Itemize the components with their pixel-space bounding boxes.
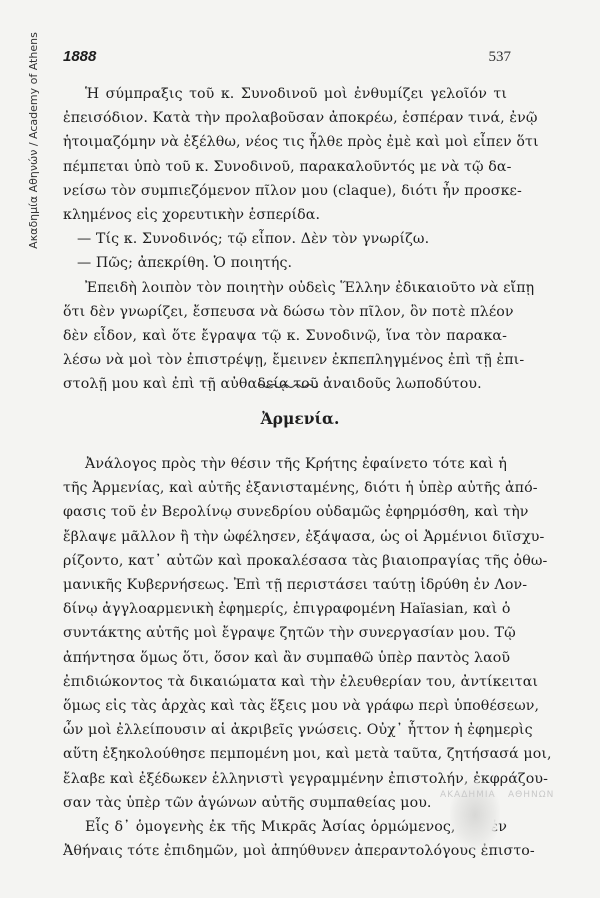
section-divider-ornament xyxy=(258,383,318,389)
text-line: ὅμως εἰς τὰς ἀρχὰς καὶ τὰς ἕξεις μου νὰ … xyxy=(63,694,507,718)
section-1-body: Ἡ σύμπραξις τοῦ κ. Συνοδινοῦ μοὶ ἐνθυμίζ… xyxy=(63,82,507,397)
archive-side-label: Ακαδημία Αθηνών / Academy of Athens xyxy=(22,20,44,260)
text-line: νείσω τὸν συμπιεζόμενον πῖλον μου (claqu… xyxy=(63,179,507,203)
text-line: κλημένος εἰς χορευτικὴν ἑσπερίδα. xyxy=(63,203,507,227)
header-year: 1888 xyxy=(63,48,96,65)
text-line: Ἀνάλογος πρὸς τὴν θέσιν τῆς Κρήτης ἐφαίν… xyxy=(63,452,507,476)
text-line: ἔβλαψε μᾶλλον ἢ τὴν ὠφέλησεν, ἐξάψασα, ὡ… xyxy=(63,525,507,549)
text-line: ἐπιδιώκοντος τὰ δικαιώματα καὶ τὴν ἐλευθ… xyxy=(63,670,507,694)
text-line: δίνῳ ἀγγλοαρμενικὴ ἐφημερίς, ἐπιγραφομέν… xyxy=(63,597,507,621)
text-line: αὕτη ἐξηκολούθησε πεμπομένη μοι, καὶ μετ… xyxy=(63,742,507,766)
text-line: Ἐπειδὴ λοιπὸν τὸν ποιητὴν οὐδεὶς Ἕλλην ἐ… xyxy=(63,276,507,300)
dialogue-line: — Πῶς; ἀπεκρίθη. Ὁ ποιητής. xyxy=(63,251,507,275)
text-line: ὧν μοὶ ἐλλείπουσιν αἱ ἀκριβεῖς γνώσεις. … xyxy=(63,718,507,742)
text-line: Ἡ σύμπραξις τοῦ κ. Συνοδινοῦ μοὶ ἐνθυμίζ… xyxy=(63,82,507,106)
watermark-right: ΑΘΗΝΩΝ xyxy=(508,790,554,800)
page-number: 537 xyxy=(489,49,512,66)
text-line: μανικῆς Κυβερνήσεως. Ἐπὶ τῇ περιστάσει τ… xyxy=(63,573,507,597)
text-line: φασις τοῦ ἐν Βερολίνῳ συνεδρίου οὐδαμῶς … xyxy=(63,500,507,524)
text-line: Ἀθήναις τότε ἐπιδημῶν, μοὶ ἀπηύθυνεν ἀπε… xyxy=(63,839,507,863)
running-header: 1888 537 xyxy=(63,48,511,66)
text-line: πέμπεται ὑπὸ τοῦ κ. Συνοδινοῦ, παρακαλοῦ… xyxy=(63,155,507,179)
text-line: δὲν εἶδον, καὶ ὅτε ἔγραψα τῷ κ. Συνοδινῷ… xyxy=(63,324,507,348)
text-line: ἀπήντησα ὅμως ὅτι, ὅσον καὶ ἂν συμπαθῶ ὑ… xyxy=(63,646,507,670)
dialogue-line: — Τίς κ. Συνοδινός; τῷ εἶπον. Δὲν τὸν γν… xyxy=(63,227,507,251)
archive-label-text: Ακαδημία Αθηνών / Academy of Athens xyxy=(27,32,40,249)
section-2-body: Ἀνάλογος πρὸς τὴν θέσιν τῆς Κρήτης ἐφαίν… xyxy=(63,452,507,863)
watermark-left: ΑΚΑΔΗΜΙΑ xyxy=(440,790,496,800)
text-line: ἐπεισόδιον. Κατὰ τὴν προλαβοῦσαν ἀποκρέω… xyxy=(63,106,507,130)
text-line: ἡτοιμαζόμην νὰ ἐξέλθω, νέος τις ἦλθε πρὸ… xyxy=(63,130,507,154)
text-line: ὅτι δὲν γνωρίζει, ἔσπευσα νὰ δώσω τὸν πῖ… xyxy=(63,300,507,324)
text-line: ἔλαβε καὶ ἐξέδωκεν ἑλληνιστὶ γεγραμμένην… xyxy=(63,767,507,791)
text-line: συντάκτης αὐτῆς μοὶ ἔγραψε ζητῶν τὴν συν… xyxy=(63,621,507,645)
text-line: ρίζοντο, κατ᾽ αὐτῶν καὶ προκαλέσασα τὰς … xyxy=(63,549,507,573)
text-line: τῆς Ἀρμενίας, καὶ αὐτῆς ἐξανισταμένης, δ… xyxy=(63,476,507,500)
section-title: Ἀρμενία. xyxy=(0,409,600,428)
text-line: λέσω νὰ μοὶ τὸν ἐπιστρέψῃ, ἔμεινεν ἐκπεπ… xyxy=(63,348,507,372)
text-line: Εἷς δ᾽ ὁμογενὴς ἐκ τῆς Μικρᾶς Ἀσίας ὁρμώ… xyxy=(63,815,507,839)
